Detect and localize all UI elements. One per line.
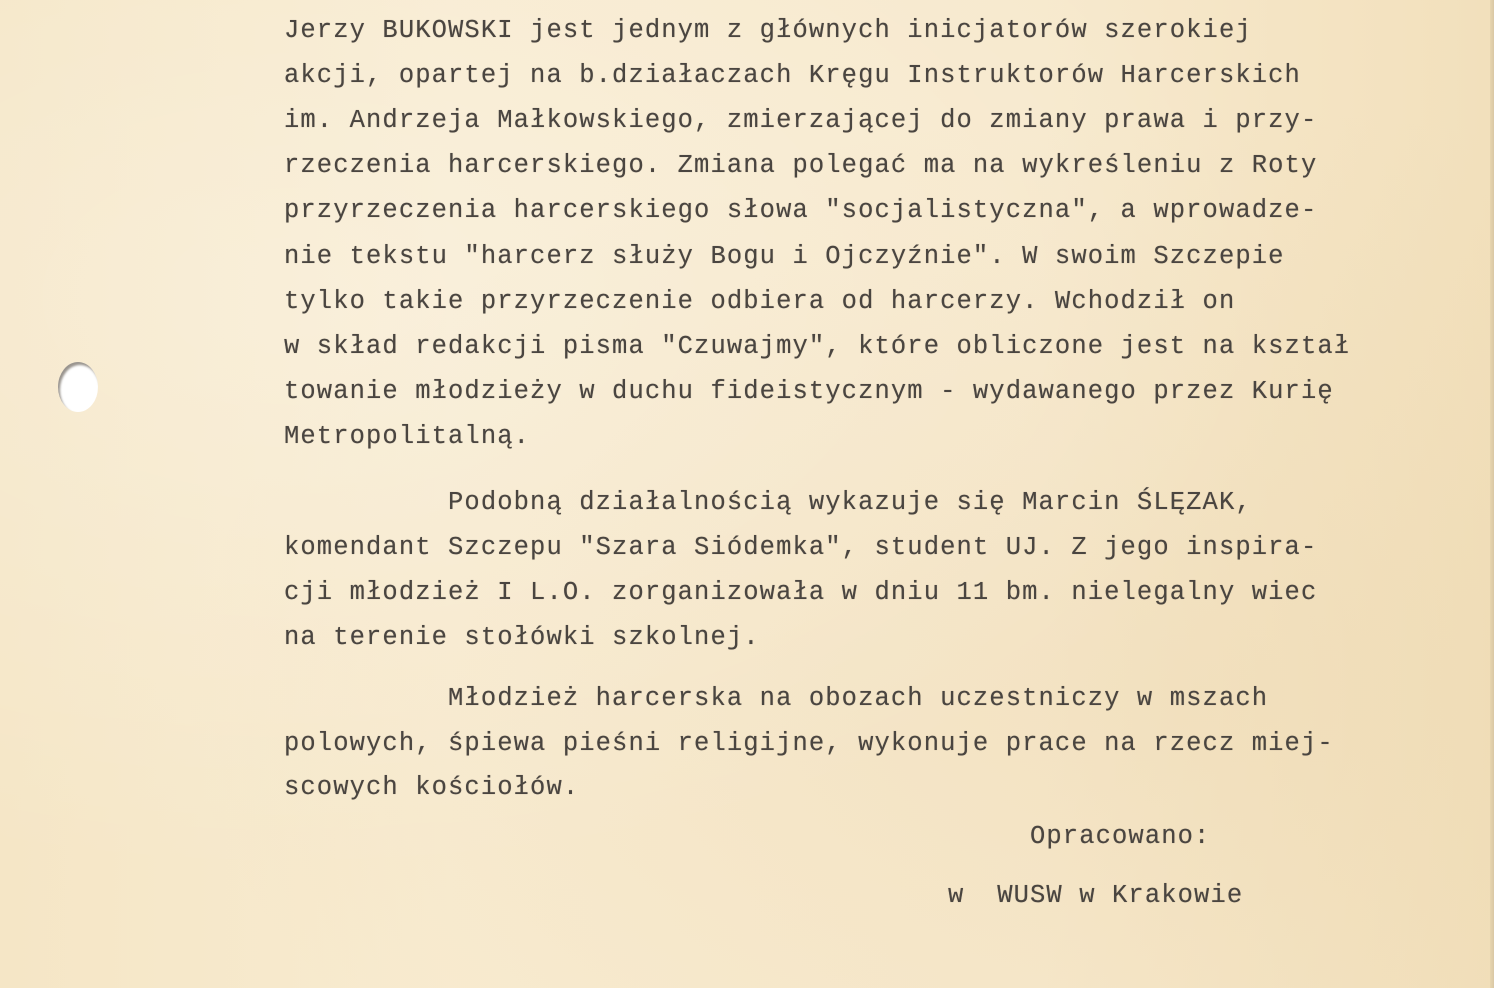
text-line: towanie młodzieży w duchu fideistycznym … (284, 377, 1334, 406)
text-line: polowych, śpiewa pieśni religijne, wykon… (284, 729, 1334, 758)
text-line: im. Andrzeja Małkowskiego, zmierzającej … (284, 106, 1317, 135)
punch-hole (58, 362, 98, 412)
text-line: komendant Szczepu "Szara Siódemka", stud… (284, 533, 1317, 562)
text-line: Młodzież harcerska na obozach uczestnicz… (284, 684, 1268, 713)
text-line: rzeczenia harcerskiego. Zmiana polegać m… (284, 151, 1317, 180)
text-line: przyrzeczenia harcerskiego słowa "socjal… (284, 196, 1317, 225)
signature-office: w WUSW w Krakowie (948, 881, 1243, 910)
text-line: scowych kościołów. (284, 773, 579, 802)
scanned-paper-page: Jerzy BUKOWSKI jest jednym z głównych in… (0, 0, 1494, 988)
typewritten-body: Jerzy BUKOWSKI jest jednym z głównych in… (284, 0, 350, 696)
text-line: na terenie stołówki szkolnej. (284, 623, 760, 652)
text-line: nie tekstu "harcerz służy Bogu i Ojczyźn… (284, 242, 1285, 271)
signature-label: Opracowano: (1030, 822, 1210, 851)
text-line: akcji, opartej na b.działaczach Kręgu In… (284, 61, 1301, 90)
text-line: tylko takie przyrzeczenie odbiera od har… (284, 287, 1235, 316)
text-line: Jerzy BUKOWSKI jest jednym z głównych in… (284, 16, 1252, 45)
text-line: Podobną działalnością wykazuje się Marci… (284, 488, 1252, 517)
text-line: Metropolitalną. (284, 422, 530, 451)
paper-edge (1490, 0, 1494, 988)
text-line: w skład redakcji pisma "Czuwajmy", które… (284, 332, 1350, 361)
text-line: cji młodzież I L.O. zorganizowała w dniu… (284, 578, 1317, 607)
